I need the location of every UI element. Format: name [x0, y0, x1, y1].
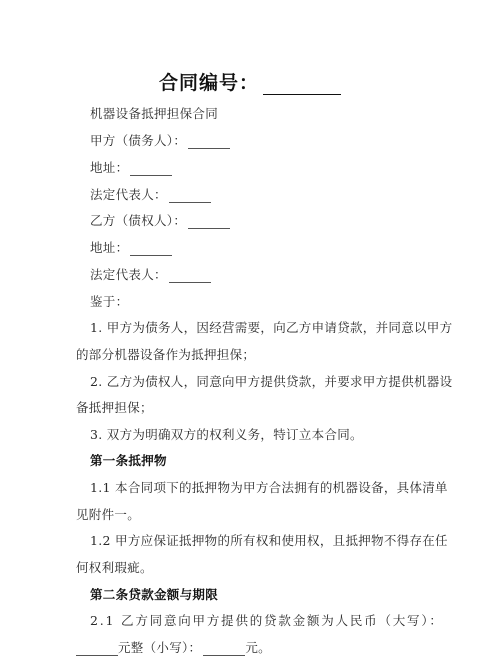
amount-figures-blank[interactable]: [203, 643, 245, 656]
contract-subtitle: 机器设备抵押担保合同: [90, 104, 218, 122]
contract-page: 合同编号： 机器设备抵押担保合同 甲方（债务人）： 地址： 法定代表人： 乙方（…: [0, 0, 500, 657]
clause-2-1-line-1: 2.1 乙方同意向甲方提供的贷款金额为人民币（大写）：: [90, 611, 444, 629]
amount-words-blank[interactable]: [76, 643, 118, 656]
clause-1-2-line-2: 何权利瑕疵。: [76, 558, 153, 576]
party-a-label: 甲方（债务人）：: [90, 133, 186, 148]
clause-1-1-line-1: 1.1 本合同项下的抵押物为甲方合法拥有的机器设备，具体清单: [90, 478, 448, 496]
party-a-address-blank[interactable]: [130, 163, 172, 176]
contract-number-title: 合同编号：: [0, 68, 500, 95]
party-a-address-label: 地址：: [90, 160, 128, 175]
party-b-address-blank[interactable]: [130, 243, 172, 256]
party-a-blank[interactable]: [188, 136, 230, 149]
recital-1-line-1: 1. 甲方为债务人，因经营需要，向乙方申请贷款，并同意以甲方: [90, 318, 452, 336]
recital-2-line-1: 2. 乙方为债权人，同意向甲方提供贷款，并要求甲方提供机器设: [90, 372, 452, 390]
party-a-line: 甲方（债务人）：: [90, 131, 230, 149]
party-b-address-line: 地址：: [90, 238, 172, 256]
clause-2-1-line-2: 元整（小写）：元。: [76, 638, 271, 656]
party-a-address-line: 地址：: [90, 158, 172, 176]
party-a-rep-line: 法定代表人：: [90, 185, 211, 203]
party-a-rep-blank[interactable]: [169, 190, 211, 203]
whereas-label: 鉴于：: [90, 292, 128, 310]
party-b-rep-label: 法定代表人：: [90, 267, 167, 282]
recital-3-line-1: 3. 双方为明确双方的权利义务，特订立本合同。: [90, 425, 363, 443]
party-a-rep-label: 法定代表人：: [90, 187, 167, 202]
party-b-line: 乙方（债权人）：: [90, 211, 230, 229]
recital-2-line-2: 备抵押担保；: [76, 398, 153, 416]
amount-figures-suffix: 元。: [245, 640, 271, 655]
party-b-label: 乙方（债权人）：: [90, 213, 186, 228]
party-b-rep-line: 法定代表人：: [90, 265, 211, 283]
clause-1-1-line-2: 见附件一。: [76, 505, 140, 523]
recital-1-line-2: 的部分机器设备作为抵押担保；: [76, 345, 255, 363]
party-b-address-label: 地址：: [90, 240, 128, 255]
article-1-heading: 第一条抵押物: [90, 451, 167, 469]
contract-number-blank[interactable]: [263, 76, 341, 95]
contract-number-label: 合同编号：: [159, 72, 259, 94]
party-b-blank[interactable]: [188, 216, 230, 229]
party-b-rep-blank[interactable]: [169, 270, 211, 283]
clause-1-2-line-1: 1.2 甲方应保证抵押物的所有权和使用权，且抵押物不得存在任: [90, 531, 448, 549]
article-2-heading: 第二条贷款金额与期限: [90, 585, 218, 603]
amount-words-suffix: 元整（小写）：: [118, 640, 201, 655]
